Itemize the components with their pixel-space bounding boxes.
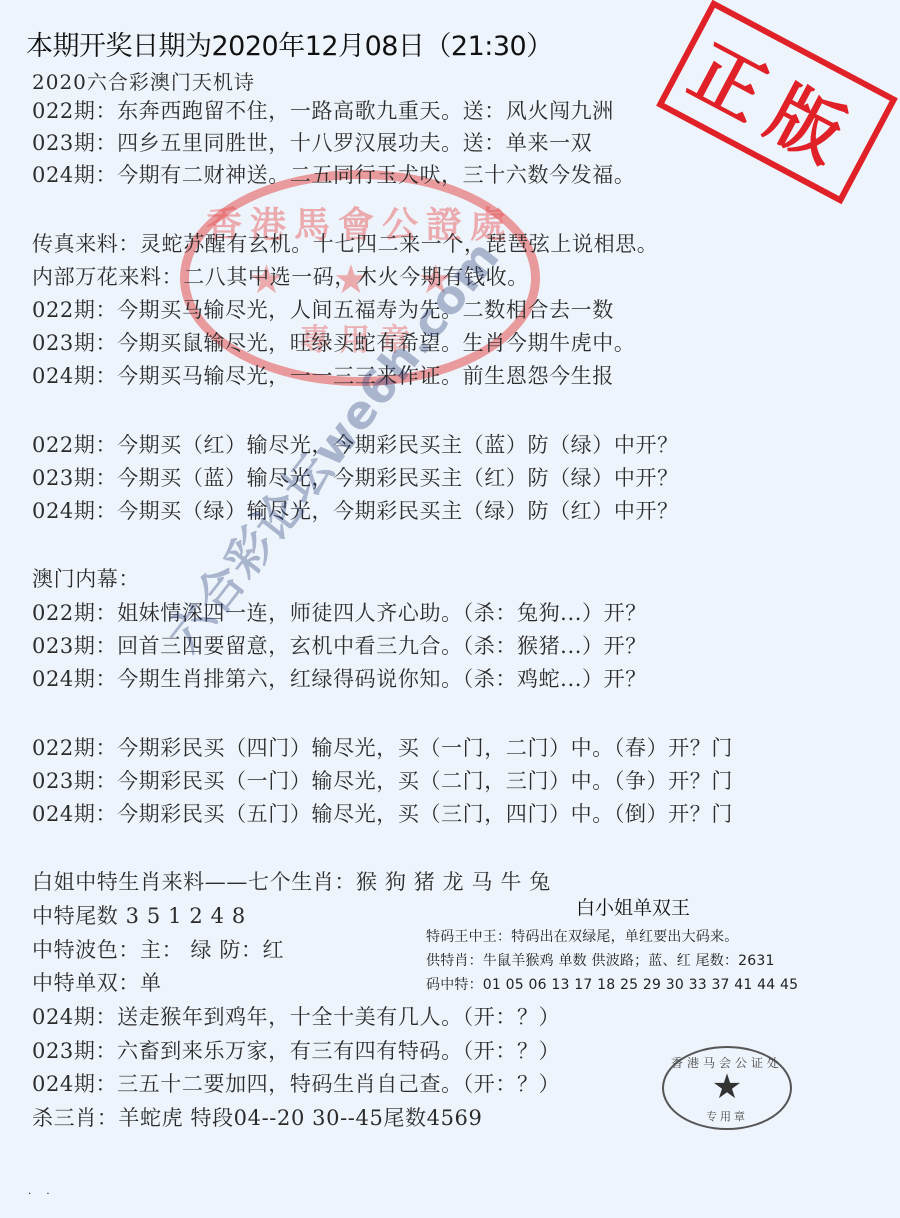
side-box-title: 白小姐单双王 [576, 893, 690, 920]
poem-line: 023期：四乡五里同胜世，十八罗汉展功夫。送：单来一双 [32, 127, 592, 157]
grey-seal-stamp: 香港马会公证处 ★ 专用章 [662, 1046, 792, 1130]
lottery-document-page: 本期开奖日期为2020年12月08日（21:30） 2020六合彩澳门天机诗 香… [0, 0, 900, 1218]
section-heading: 澳门内幕： [32, 563, 140, 593]
genuine-stamp: 正版 [656, 0, 898, 204]
poem-line: 024期：今期有二财神送。二五同行玉犬吠，三十六数今发福。 [32, 159, 635, 189]
kill-line: 杀三肖：羊蛇虎 特段04--20 30--45尾数4569 [32, 1102, 482, 1132]
color-line: 023期：今期买（蓝）输尽光，今期彩民买主（红）防（绿）中开？ [32, 462, 679, 492]
issue-line: 022期：今期买马输尽光，人间五福寿为先。二数相合去一数 [32, 294, 614, 324]
color-line: 024期：今期买（绿）输尽光，今期彩民买主（绿）防（红）中开？ [32, 495, 679, 525]
color-line: 022期：今期买（红）输尽光，今期彩民买主（蓝）防（绿）中开？ [32, 429, 679, 459]
zodiac-line: 白姐中特生肖来料——七个生肖：猴 狗 猪 龙 马 牛 兔 [32, 866, 551, 896]
wave-color: 中特波色：主： 绿 防：红 [32, 934, 284, 964]
issue-line: 023期：今期买鼠输尽光，旺绿买蛇有希望。生肖今期牛虎中。 [32, 327, 635, 357]
footer-dots: . . [28, 1186, 56, 1197]
issue-line: 024期：今期买马输尽光，一一三三来作证。前生恩怨今生报 [32, 360, 614, 390]
odd-even: 中特单双：单 [32, 967, 162, 997]
tail-numbers: 中特尾数 3 5 1 2 4 8 [32, 900, 246, 930]
page-title: 本期开奖日期为2020年12月08日（21:30） [26, 24, 553, 63]
door-line: 024期：今期彩民买（五门）输尽光，买（三门，四门）中。（倒）开？门 [32, 798, 733, 828]
star-icon: ★ [664, 1070, 790, 1104]
insider-line: 022期：姐妹情深四一连，师徒四人齐心助。（杀：兔狗...）开？ [32, 597, 647, 627]
fax-line: 传真来料：灵蛇苏醒有玄机。十七四二来一个，琵琶弦上说相思。 [32, 228, 658, 258]
issue-line: 024期：三五十二要加四，特码生肖自己查。（开：？） [32, 1068, 560, 1098]
insider-line: 024期：今期生肖排第六，红绿得码说你知。（杀：鸡蛇...）开？ [32, 663, 647, 693]
insider-line: 023期：回首三四要留意，玄机中看三九合。（杀：猴猪...）开？ [32, 630, 647, 660]
side-box-line: 供特肖：牛鼠羊猴鸡 单数 供波路；蓝、红 尾数：2631 [426, 950, 775, 970]
inside-line: 内部万花来料：二八其中选一码，木火今期有钱收。 [32, 261, 529, 291]
subtitle: 2020六合彩澳门天机诗 [32, 66, 255, 95]
poem-line: 022期：东奔西跑留不住，一路高歌九重天。送：风火闯九洲 [32, 95, 614, 125]
issue-line: 024期：送走猴年到鸡年，十全十美有几人。（开：？） [32, 1001, 560, 1031]
door-line: 022期：今期彩民买（四门）输尽光，买（一门，二门）中。（春）开？门 [32, 732, 733, 762]
issue-line: 023期：六畜到来乐万家，有三有四有特码。（开：？） [32, 1035, 560, 1065]
side-box-line: 码中特：01 05 06 13 17 18 25 29 30 33 37 41 … [426, 974, 798, 994]
side-box-line: 特码王中王：特码出在双绿尾，单红要出大码来。 [426, 926, 738, 946]
grey-seal-bottom: 专用章 [664, 1108, 790, 1124]
door-line: 023期：今期彩民买（一门）输尽光，买（二门，三门）中。（争）开？门 [32, 765, 733, 795]
